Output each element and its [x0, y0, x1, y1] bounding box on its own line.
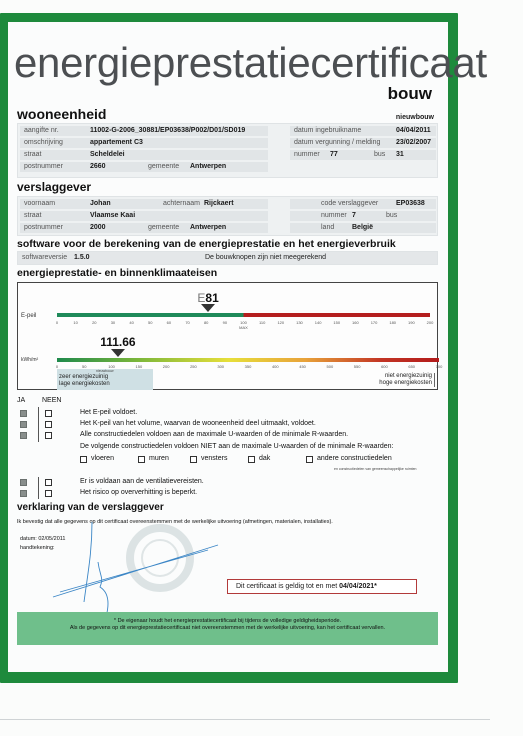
- section-heading-wooneenheid: wooneenheid: [17, 106, 106, 122]
- kwh-tick: 450: [299, 364, 306, 369]
- voornaam-label: voornaam: [24, 199, 55, 209]
- building-type-tag: nieuwbouw: [396, 114, 434, 121]
- section-heading-verslaggever: verslaggever: [17, 180, 91, 194]
- epeil-tick: 60: [167, 320, 171, 325]
- epeil-tick: 70: [185, 320, 189, 325]
- epeil-tick: 190: [408, 320, 415, 325]
- ingebruikname-value: 04/04/2011: [396, 126, 431, 136]
- left-note-1: zeer energiezuinig: [59, 374, 110, 381]
- kwh-scale-bar: [57, 358, 439, 362]
- section-heading-software: software voor de berekening van de energ…: [17, 238, 396, 250]
- achternaam-value: Rijckaert: [204, 199, 234, 209]
- gemeente-label: gemeente: [148, 162, 179, 172]
- onderdeel-label: andere constructiedelen: [317, 455, 392, 462]
- kwh-tick: 250: [190, 364, 197, 369]
- vergunning-label: datum vergunning / melding: [294, 138, 380, 148]
- kwh-tick: 650: [408, 364, 415, 369]
- onderdeel-label: vensters: [201, 455, 227, 462]
- kwh-tick: 700: [436, 364, 443, 369]
- onderdeel-checkbox[interactable]: [306, 456, 313, 463]
- straat-value: Scheldelei: [90, 150, 125, 160]
- vv-postnummer-label: postnummer: [24, 223, 63, 233]
- onderdeel-label: dak: [259, 455, 270, 462]
- kwh-tick: 550: [354, 364, 361, 369]
- ja-header: JA: [17, 397, 25, 404]
- kwh-marker-pointer-icon: [111, 349, 125, 357]
- ingebruikname-label: datum ingebruikname: [294, 126, 361, 136]
- kwh-tick: 200: [163, 364, 170, 369]
- energy-performance-panel: E-peil E81 0102030405060708090100MAX1101…: [17, 282, 438, 390]
- onderdeel-checkbox[interactable]: [138, 456, 145, 463]
- nummer-value: 77: [330, 150, 338, 160]
- epeil-marker-pointer-icon: [201, 304, 215, 312]
- check-statement: Alle constructiedelen voldoen aan de max…: [80, 431, 348, 438]
- check-statement: Het risico op oververhitting is beperkt.: [80, 489, 197, 496]
- epeil-tick: 110: [259, 320, 265, 325]
- kwh-tick: 350: [245, 364, 252, 369]
- epeil-tick: 160: [352, 320, 359, 325]
- check-statement: Het E-peil voldoet.: [80, 409, 137, 416]
- vv-nummer-value: 7: [352, 211, 356, 221]
- epeil-tick: 0: [56, 320, 58, 325]
- epeil-tick: 20: [92, 320, 96, 325]
- onderdelen-note: en constructiedelen van gemeenschappelij…: [334, 467, 417, 471]
- check-statement: Er is voldaan aan de ventilatievereisten…: [80, 478, 204, 485]
- epeil-tick: 40: [129, 320, 133, 325]
- epeil-tick: 80: [204, 320, 208, 325]
- epeil-axis-label: E-peil: [21, 313, 36, 319]
- onderdeel-label: vloeren: [91, 455, 114, 462]
- onderdeel-checkbox[interactable]: [80, 456, 87, 463]
- code-label: code verslaggever: [321, 199, 378, 209]
- epeil-tick: 200: [427, 320, 434, 325]
- niet-voldoen-text: De volgende constructiedelen voldoen NIE…: [80, 443, 393, 450]
- ja-checkbox[interactable]: [20, 490, 27, 497]
- epeil-tick: 130: [296, 320, 303, 325]
- section-heading-verklaring: verklaring van de verslaggever: [17, 502, 164, 513]
- footer-line-2: Als de gegevens op dit energieprestatiec…: [17, 625, 438, 632]
- verslaggever-table: voornaam Johan achternaam Rijckaert stra…: [17, 196, 438, 236]
- check-statement: Het K-peil van het volume, waarvan de wo…: [80, 420, 316, 427]
- vergunning-value: 23/02/2007: [396, 138, 431, 148]
- omschrijving-label: omschrijving: [24, 138, 63, 148]
- wooneenheid-table: aangifte nr. 11002-G-2006_30881/EP03638/…: [17, 123, 438, 178]
- vv-postnummer-value: 2000: [90, 223, 106, 233]
- section-heading-eisen: energieprestatie- en binnenklimaateisen: [17, 267, 217, 279]
- neen-checkbox[interactable]: [45, 490, 52, 497]
- neen-header: NEEN: [42, 397, 61, 404]
- epeil-tick: 120: [277, 320, 284, 325]
- ja-checkbox[interactable]: [20, 432, 27, 439]
- document-subtitle: bouw: [388, 84, 432, 104]
- epeil-tick: 10: [73, 320, 77, 325]
- gemeente-value: Antwerpen: [190, 162, 226, 172]
- epeil-tick: 180: [389, 320, 396, 325]
- neen-checkbox[interactable]: [45, 432, 52, 439]
- vv-gemeente-label: gemeente: [148, 223, 179, 233]
- software-row: softwareversie 1.5.0 De bouwknopen zijn …: [17, 251, 438, 265]
- certificate-border: energieprestatiecertificaat bouw wooneen…: [0, 13, 458, 683]
- footer-notice: * De eigenaar houdt het energieprestatie…: [17, 612, 438, 645]
- onderdeel-checkbox[interactable]: [190, 456, 197, 463]
- aangifte-value: 11002-G-2006_30881/EP03638/P002/D01/SD01…: [90, 126, 245, 136]
- right-note: niet energiezuinig hoge energiekosten: [379, 373, 435, 387]
- neen-checkbox[interactable]: [45, 421, 52, 428]
- kwh-axis-label: kWh/m²: [21, 357, 38, 363]
- signature-and-stamp: [48, 522, 238, 617]
- epeil-tick: 170: [371, 320, 378, 325]
- kwh-tick: 500: [327, 364, 334, 369]
- softwareversie-label: softwareversie: [22, 253, 67, 263]
- land-value: België: [352, 223, 373, 233]
- neen-checkbox[interactable]: [45, 410, 52, 417]
- page-edge-line: [0, 719, 490, 720]
- achternaam-label: achternaam: [163, 199, 200, 209]
- softwareversie-value: 1.5.0: [74, 253, 90, 263]
- neen-checkbox[interactable]: [45, 479, 52, 486]
- code-value: EP03638: [396, 199, 425, 209]
- epeil-tick: 140: [315, 320, 322, 325]
- nieuwbouw-zone: nieuwbouw zeer energiezuinig lage energi…: [57, 369, 153, 390]
- ja-checkbox[interactable]: [20, 479, 27, 486]
- ja-checkbox[interactable]: [20, 410, 27, 417]
- epeil-max-label: MAX: [239, 325, 248, 330]
- epeil-tick: 50: [148, 320, 152, 325]
- postnummer-label: postnummer: [24, 162, 63, 172]
- certificate-sheet: energieprestatiecertificaat bouw wooneen…: [8, 22, 448, 672]
- land-label: land: [321, 223, 334, 233]
- onderdeel-label: muren: [149, 455, 169, 462]
- validity-date: 04/04/2021*: [339, 583, 377, 590]
- bus-value: 31: [396, 150, 404, 160]
- aangifte-label: aangifte nr.: [24, 126, 59, 136]
- epeil-tick: 150: [333, 320, 340, 325]
- kwh-marker-value: 111.66: [100, 335, 135, 349]
- vv-straat-value: Vlaamse Kaai: [90, 211, 135, 221]
- footer-line-1: * De eigenaar houdt het energieprestatie…: [17, 618, 438, 625]
- straat-label: straat: [24, 150, 42, 160]
- vv-straat-label: straat: [24, 211, 42, 221]
- left-note-2: lage energiekosten: [59, 381, 110, 388]
- vv-nummer-label: nummer: [321, 211, 347, 221]
- voornaam-value: Johan: [90, 199, 111, 209]
- epeil-tick: 90: [223, 320, 227, 325]
- epeil-tick: 30: [111, 320, 115, 325]
- epeil-marker-value: E81: [197, 291, 218, 305]
- document-title: energieprestatiecertificaat: [14, 42, 487, 84]
- postnummer-value: 2660: [90, 162, 106, 172]
- vv-gemeente-value: Antwerpen: [190, 223, 226, 233]
- kwh-tick: 300: [217, 364, 224, 369]
- onderdeel-checkbox[interactable]: [248, 456, 255, 463]
- bouwknopen-note: De bouwknopen zijn niet meegerekend: [205, 253, 326, 263]
- kwh-tick: 400: [272, 364, 279, 369]
- ja-checkbox[interactable]: [20, 421, 27, 428]
- bus-label: bus: [374, 150, 385, 160]
- epeil-scale-bar: [57, 313, 430, 317]
- kwh-tick: 600: [381, 364, 388, 369]
- omschrijving-value: appartement C3: [90, 138, 143, 148]
- validity-box: Dit certificaat is geldig tot en met 04/…: [227, 579, 417, 594]
- vv-bus-label: bus: [386, 211, 397, 221]
- nummer-label: nummer: [294, 150, 320, 160]
